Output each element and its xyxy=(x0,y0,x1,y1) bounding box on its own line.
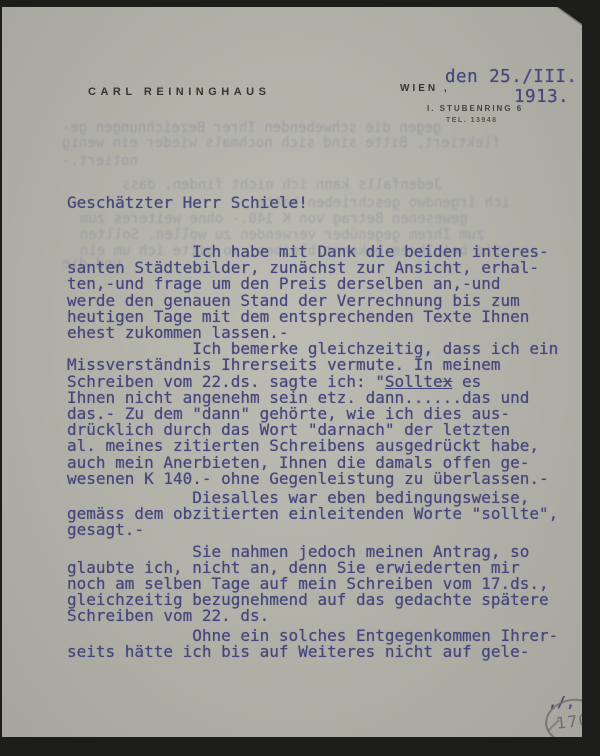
letter-paragraph: Ich bemerke gleichzeitig, dass ich einMi… xyxy=(67,341,558,487)
paper-corner-fold xyxy=(556,7,582,26)
letterhead-address: I. STUBENRING 6 xyxy=(427,104,523,113)
salutation: Geschätzter Herr Schiele! xyxy=(67,193,308,212)
letter-paper: gegen die schwebenden Ihrer Bezeichnunge… xyxy=(2,7,582,737)
bleed-through-line: Jedenfalls kann ich nicht finden, dass xyxy=(122,177,442,193)
bleed-through-line: gegen die schwebenden Ihrer Bezeichnunge… xyxy=(62,120,441,136)
bleed-through-line: zum Ihrem gegenüber verwenden zu wollen.… xyxy=(80,227,485,243)
letter-scan: gegen die schwebenden Ihrer Bezeichnunge… xyxy=(0,0,600,756)
typed-date-line1: den 25./III. xyxy=(445,67,577,87)
bleed-through-line: notiert.- xyxy=(62,153,138,169)
letterhead-phone: TEL. 13948 xyxy=(446,117,498,124)
typed-date-line2: 1913. xyxy=(514,87,569,107)
bleed-through-line: flektiert, Bitte sind sich nochmals wied… xyxy=(62,135,500,151)
bleed-through-line: gewesenen Betrag von K 140.- ohne weiter… xyxy=(80,211,468,227)
letter-paragraph: Ohne ein solches Entgegenkommen Ihrer-se… xyxy=(67,628,558,660)
letter-body: Ich habe mit Dank die beiden interes-san… xyxy=(67,244,558,660)
letter-line: seits hätte ich bis auf Weiteres nicht a… xyxy=(67,644,558,660)
letter-line: gesagt.- xyxy=(67,522,558,538)
letter-line: Schreiben vom 22. ds. xyxy=(67,608,558,624)
pencil-page-number: 170 xyxy=(555,710,582,732)
letterhead-city: WIEN , xyxy=(400,83,450,94)
letter-paragraph: Diesalles war eben bedingungsweise,gemäs… xyxy=(67,490,558,539)
letter-line: wesenen K 140.- ohne Gegenleistung zu üb… xyxy=(67,471,558,487)
letterhead-sender: CARL REININGHAUS xyxy=(88,86,270,98)
letter-paragraph: Sie nahmen jedoch meinen Antrag, soglaub… xyxy=(67,544,558,625)
letter-paragraph: Ich habe mit Dank die beiden interes-san… xyxy=(67,244,558,341)
